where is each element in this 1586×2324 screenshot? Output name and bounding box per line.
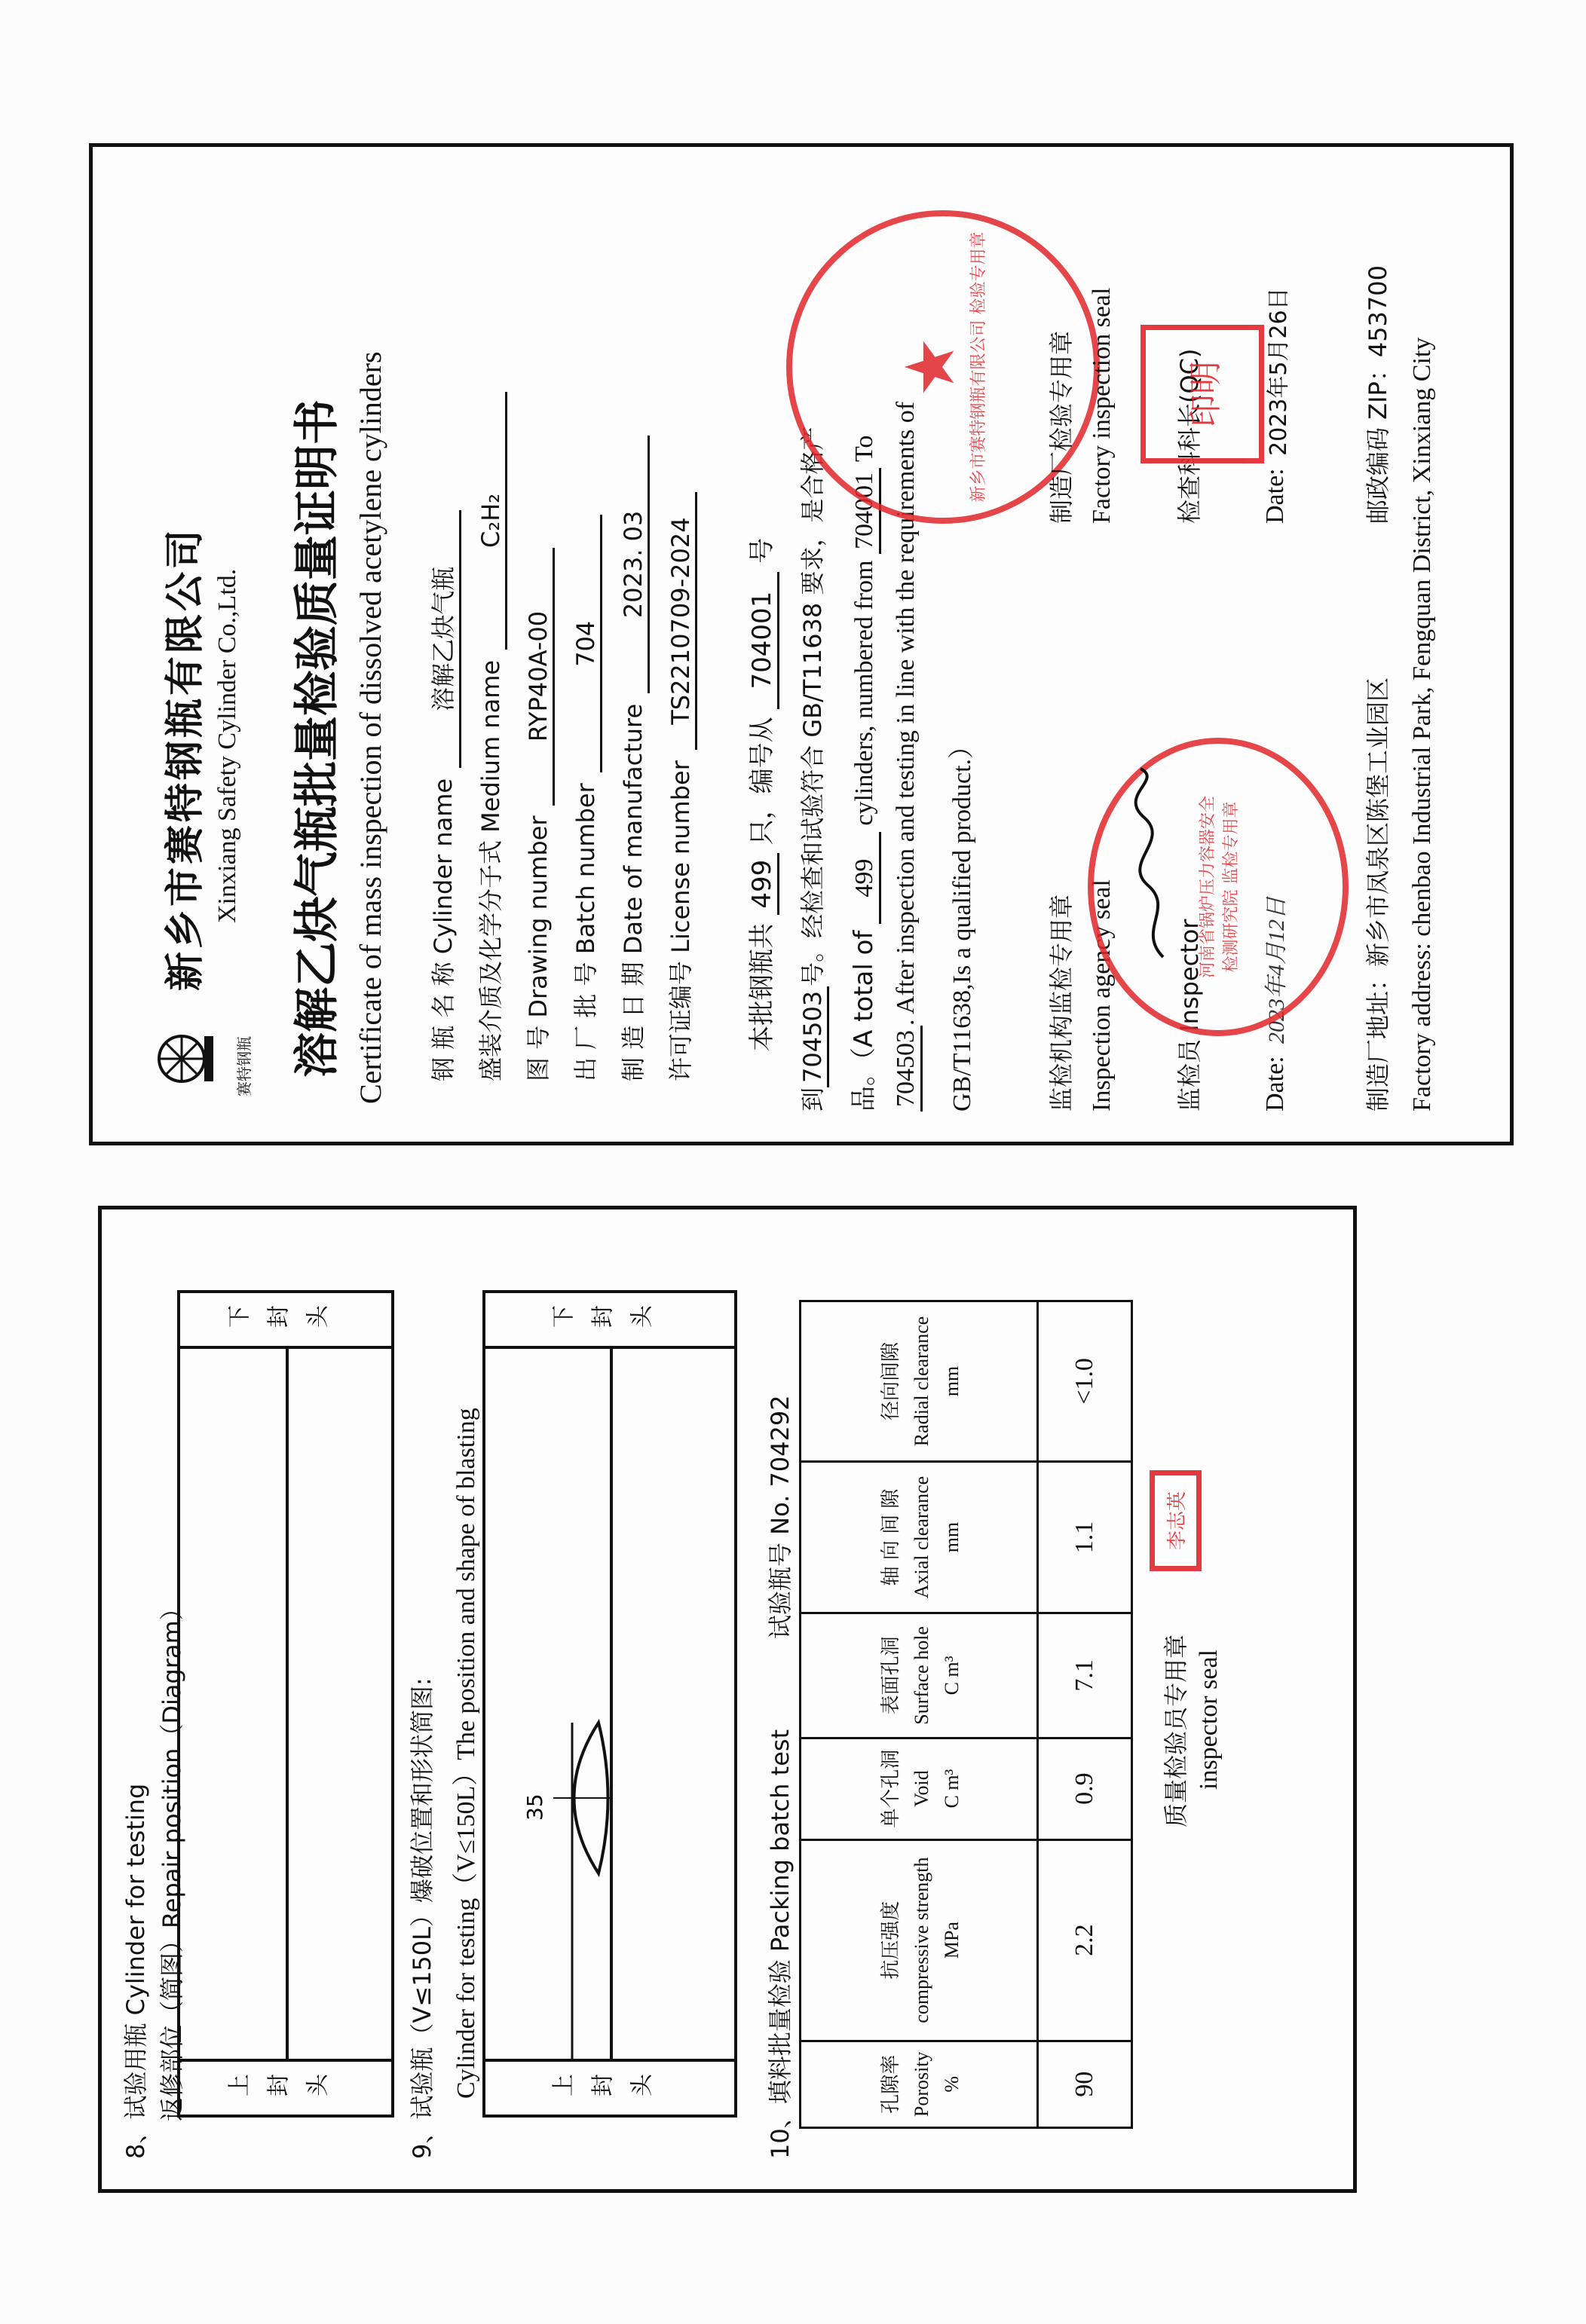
table-header-cell: 径向间隙Radial clearancemm <box>801 1301 1038 1462</box>
factory-address-en: Factory address: chenbao Industrial Park… <box>1408 338 1437 1112</box>
test-sheet-content: 8、试验用瓶 Cylinder for testing 返修部位（简图）Repa… <box>102 1209 1353 2189</box>
statement-line-5: GB/T11638,Is a qualified product.） <box>941 733 978 1112</box>
table-header-cell: 表面孔洞Surface holeC m³ <box>801 1613 1038 1738</box>
factory-address-cn: 制造厂地址：新乡市凤泉区陈堡工业园区 <box>1359 677 1394 1112</box>
table-value-cell: 1.1 <box>1038 1461 1132 1613</box>
date-label-right: Date: <box>1261 468 1290 524</box>
date-label-left: Date: <box>1261 1056 1290 1112</box>
qc-stamp: 印明 <box>1141 325 1264 463</box>
table-header-cell: 单个孔洞VoidC m³ <box>801 1738 1038 1839</box>
inspector-signature <box>1133 765 1178 961</box>
company-logo-icon <box>153 1014 236 1096</box>
table-value-cell: 2.2 <box>1038 1839 1132 2041</box>
field-row: 许可证编号 License numberTS2210709-2024 <box>662 492 697 1081</box>
field-row: 钢 瓶 名 称 Cylinder name溶解乙炔气瓶 <box>424 510 461 1081</box>
company-name-en: Xinxiang Safety Cylinder Co.,Ltd. <box>213 569 242 923</box>
section-9-subtitle: Cylinder for testing（V≤150L）The position… <box>445 1408 482 2099</box>
table-header-cell: 抗压强度compressive strengthMPa <box>801 1839 1038 2041</box>
inspector-seal-label-en: inspector seal <box>1195 1650 1223 1790</box>
company-name-cn: 新乡市赛特钢瓶有限公司 <box>153 527 210 991</box>
zip-code: 邮政编码 ZIP：453700 <box>1359 265 1394 524</box>
svg-text:35: 35 <box>522 1793 547 1821</box>
field-row: 制 造 日 期 Date of manufacture2023. 03 <box>614 436 650 1081</box>
section-10-title: 10、填料批量检验 Packing batch test <box>761 1729 796 2159</box>
table-value-cell: <1.0 <box>1038 1301 1132 1462</box>
field-row: 出 厂 批 号 Batch number704 <box>567 515 602 1081</box>
statement-line-1: 本批钢瓶共 499 只，编号从 704001 号 <box>741 538 779 1051</box>
agency-seal-label-cn: 监检机构监检专用章 <box>1043 894 1077 1112</box>
field-label: 图 号 Drawing number <box>524 816 553 1081</box>
field-label: 出 厂 批 号 Batch number <box>571 783 600 1081</box>
certificate-title-cn: 溶解乙炔气瓶批量检验质量证明书 <box>281 399 346 1078</box>
table-header-cell: 轴 向 间 隙Axial clearancemm <box>801 1461 1038 1613</box>
certificate-content: 赛特钢瓶 新乡市赛特钢瓶有限公司 Xinxiang Safety Cylinde… <box>93 147 1510 1142</box>
field-value: 溶解乙炔气瓶 <box>424 510 461 768</box>
field-label: 许可证编号 License number <box>666 760 695 1081</box>
factory-seal-label-en: Factory inspection seal <box>1088 288 1116 524</box>
field-value: 2023. 03 <box>619 436 650 693</box>
field-value: C₂H₂ <box>476 392 507 650</box>
date-right-value: 2023年5月26日 <box>1260 287 1293 456</box>
test-cylinder-number: 试验瓶号 No. 704292 <box>761 1395 796 1639</box>
field-row: 图 号 Drawing numberRYP40A-00 <box>519 548 555 1081</box>
blast-position-diagram: 上封头 下封头 35 <box>482 1290 737 2118</box>
logo-caption: 赛特钢瓶 <box>232 1036 254 1096</box>
field-value: RYP40A-00 <box>524 548 555 806</box>
certificate-title-en: Certificate of mass inspection of dissol… <box>353 351 388 1104</box>
statement-line-2: 到704503号。经检查和试验符合 GB/T11638 要求，是合格产 <box>794 427 829 1112</box>
field-row: 盛装介质及化学分子式 Medium nameC₂H₂ <box>472 392 507 1081</box>
field-label: 盛装介质及化学分子式 Medium name <box>476 660 505 1081</box>
section-8-title: 8、试验用瓶 Cylinder for testing <box>117 1784 152 2159</box>
table-header-cell: 孔隙率Porosity% <box>801 2041 1038 2127</box>
test-sheet-panel: 8、试验用瓶 Cylinder for testing 返修部位（简图）Repa… <box>98 1206 1357 2193</box>
agency-seal-stamp: 河南省锅炉压力容器安全检测研究院 监检专用章 <box>1088 738 1349 1036</box>
table-value-cell: 90 <box>1038 2041 1132 2127</box>
inspector-stamp: 李志英 <box>1150 1470 1202 1571</box>
inspector-seal-label-cn: 质量检验员专用章 <box>1157 1634 1192 1827</box>
table-value-cell: 0.9 <box>1038 1738 1132 1839</box>
statement-line-3: 品。（A total of 499 cylinders, numbered fr… <box>843 436 881 1112</box>
section-9-title: 9、试验瓶（V≤150L）爆破位置和形状简图: <box>403 1677 438 2159</box>
cylinder-axis-line <box>286 1346 289 2062</box>
table-value-cell: 7.1 <box>1038 1613 1132 1738</box>
repair-position-diagram: 上封头 下封头 <box>177 1290 394 2118</box>
packing-batch-table: 孔隙率Porosity%抗压强度compressive strengthMPa单… <box>799 1300 1133 2129</box>
certificate-panel: 赛特钢瓶 新乡市赛特钢瓶有限公司 Xinxiang Safety Cylinde… <box>89 143 1514 1145</box>
field-label: 钢 瓶 名 称 Cylinder name <box>429 778 458 1081</box>
field-value: 704 <box>571 515 602 772</box>
field-label: 制 造 日 期 Date of manufacture <box>619 704 648 1081</box>
field-value: TS2210709-2024 <box>666 492 697 750</box>
factory-seal-label-cn: 制造厂检验专用章 <box>1043 331 1077 524</box>
blast-shape-sketch: 35 <box>485 1384 614 2062</box>
